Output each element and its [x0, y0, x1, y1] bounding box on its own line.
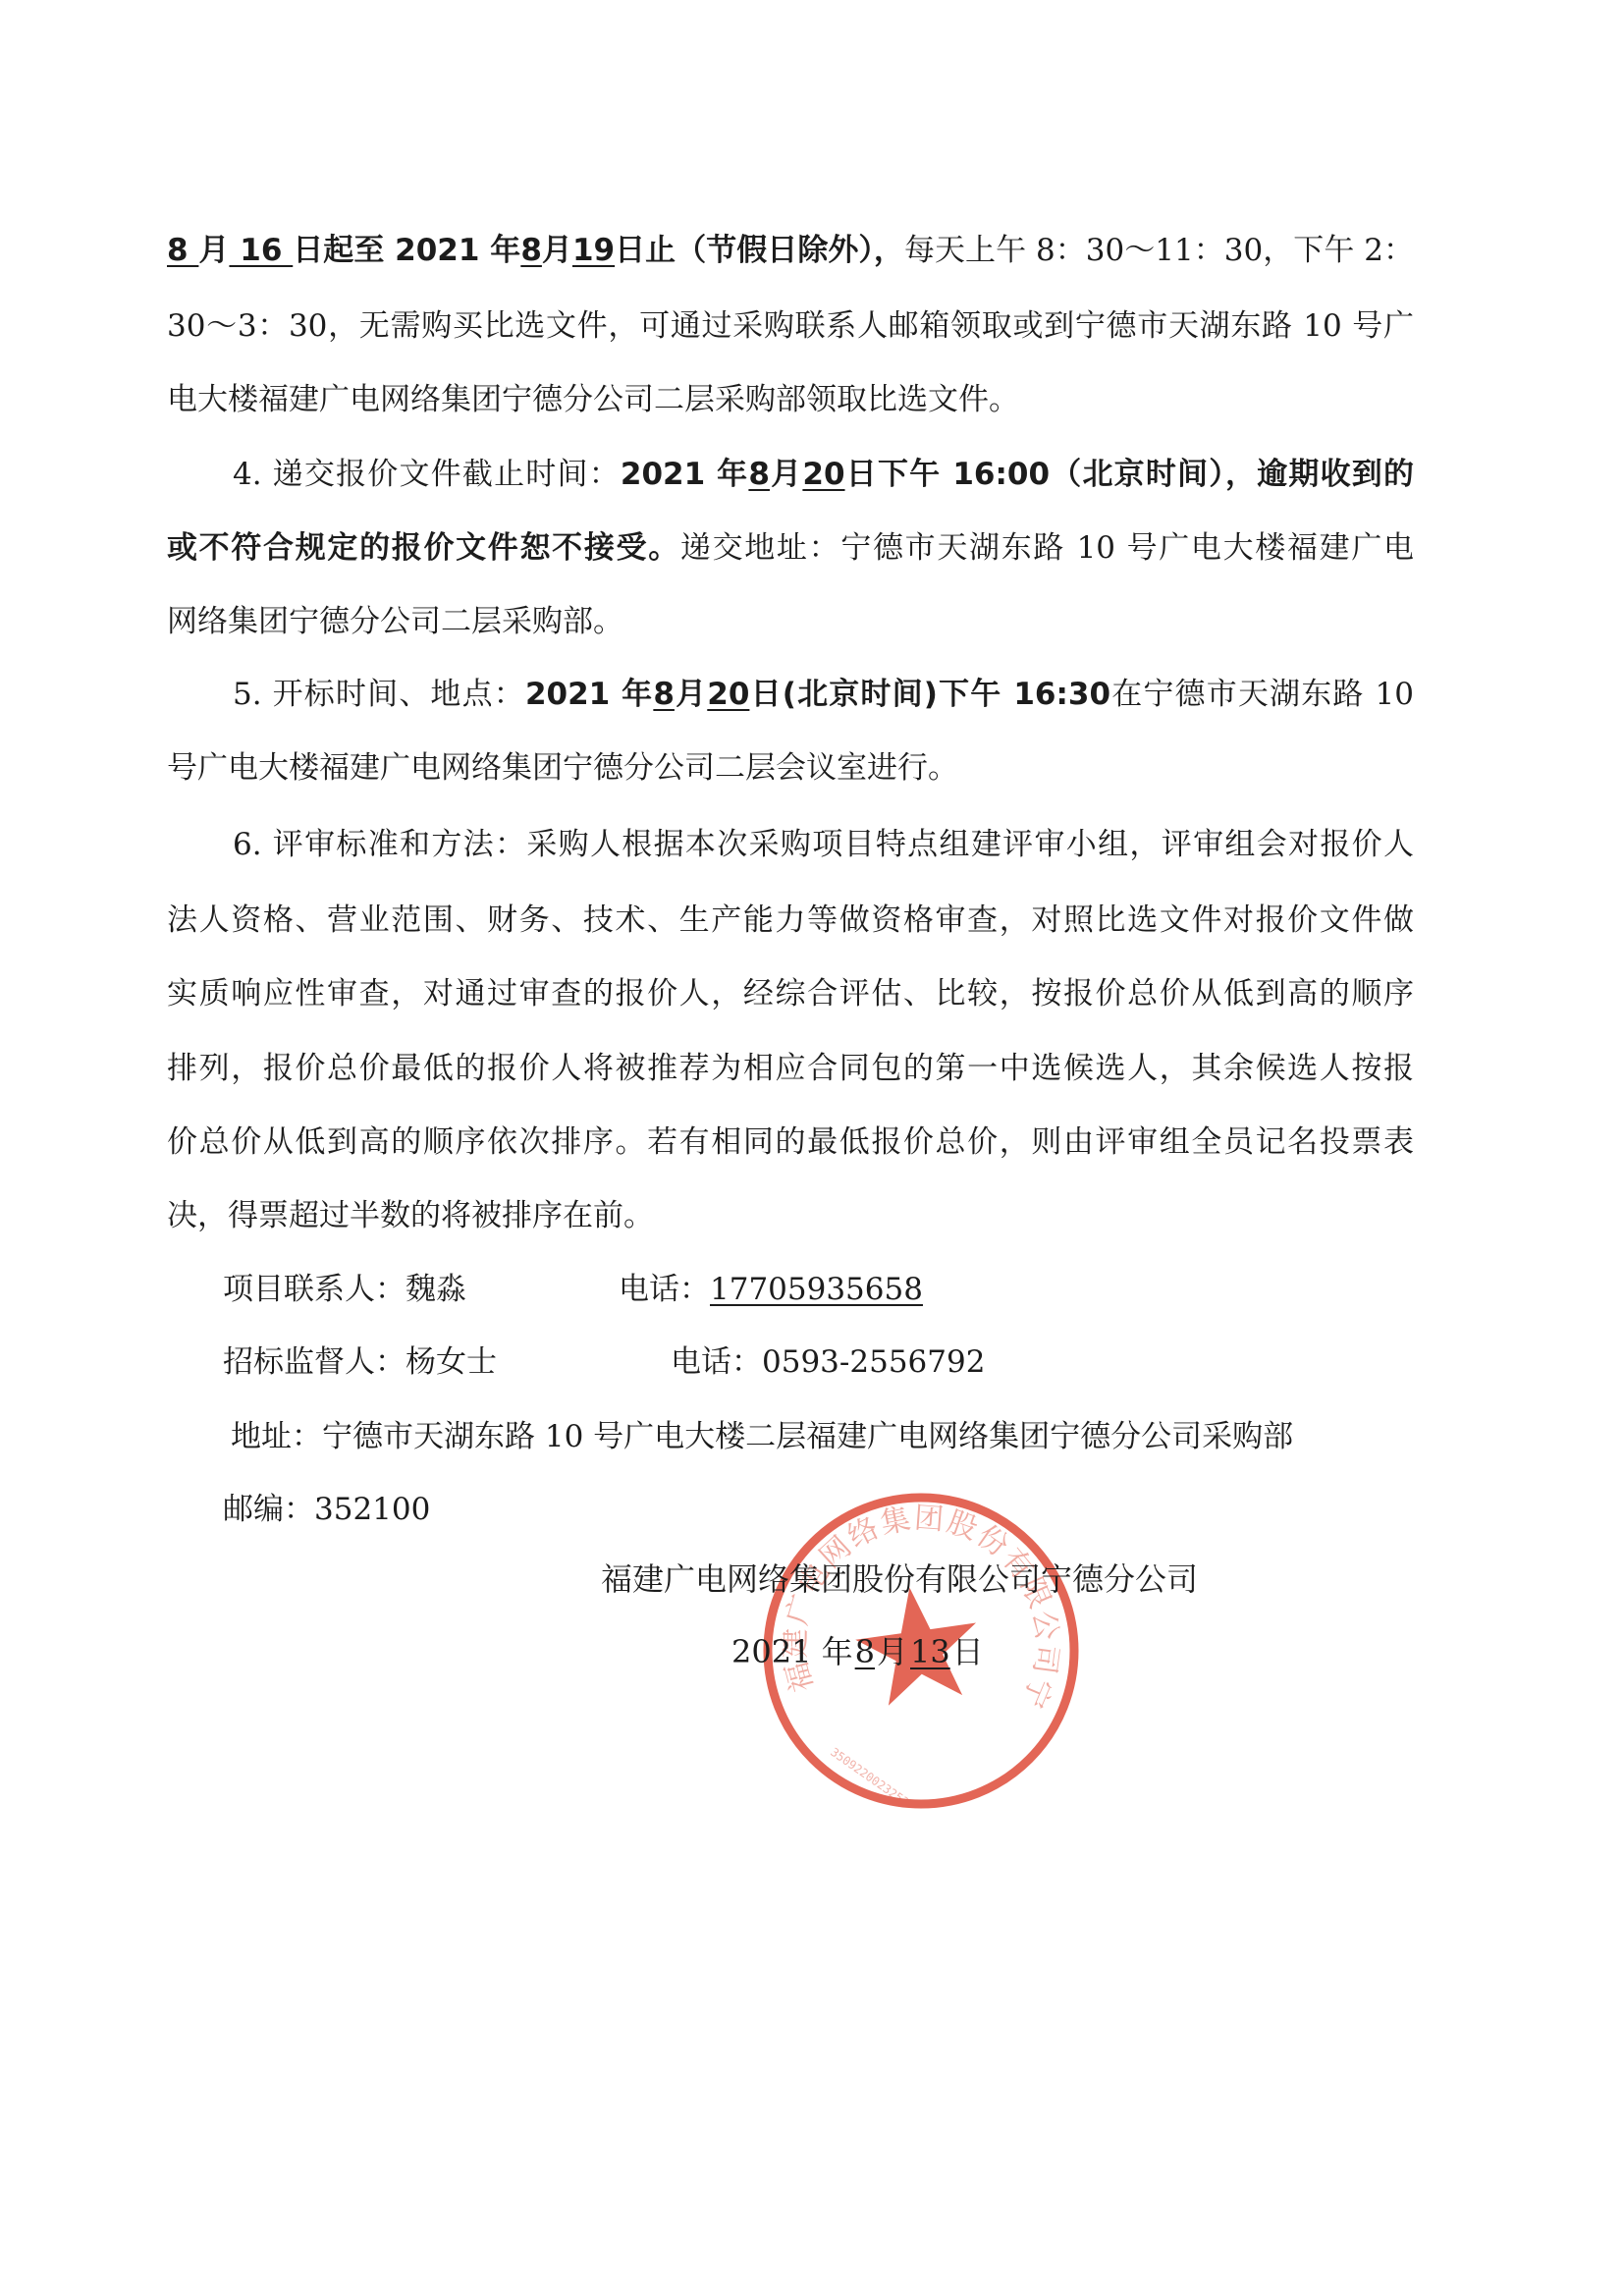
signature-company: 福建广电网络集团股份有限公司宁德分公司 [601, 1558, 1198, 1601]
text: 日下午 16:00（北京时间），逾期收到的 [845, 457, 1414, 492]
project-contact-name: 魏淼 [406, 1272, 466, 1307]
para3-line2: 30～3：30，无需购买比选文件，可通过采购联系人邮箱领取或到宁德市天湖东路 1… [167, 304, 1414, 348]
para6-line5: 价总价从低到高的顺序依次排序。若有相同的最低报价总价，则由评审组全员记名投票表 [167, 1121, 1414, 1164]
para4-line2: 或不符合规定的报价文件恕不接受。递交地址：宁德市天湖东路 10 号广电大楼福建广… [167, 526, 1414, 570]
text: 月 [675, 677, 707, 712]
text: 2021 年 [621, 457, 748, 492]
text: 日 [952, 1633, 984, 1670]
supervisor-phone-number: 0593-2556792 [762, 1344, 985, 1380]
text: 日(北京时间)下午 16:30 [749, 677, 1110, 712]
para5-line2: 号广电大楼福建广电网络集团宁德分公司二层会议室进行。 [167, 746, 1414, 790]
text: 日起至 2021 年 [293, 233, 520, 268]
text: 月 [542, 233, 572, 268]
text: 2021 年 [525, 677, 653, 712]
project-phone: 电话：17705935658 [619, 1268, 923, 1311]
date-day: 13 [908, 1633, 952, 1670]
text: 月 [770, 457, 802, 492]
para6-line2: 法人资格、营业范围、财务、技术、生产能力等做资格审查，对照比选文件对报价文件做 [167, 899, 1414, 942]
deadline-label: 4. 递交报价文件截止时间： [233, 457, 621, 492]
text: 在宁德市天湖东路 10 [1110, 677, 1414, 712]
signature-date: 2021 年8月13日 [731, 1630, 984, 1673]
address-value: 宁德市天湖东路 10 号广电大楼二层福建广电网络集团宁德分公司采购部 [322, 1419, 1293, 1454]
text: 日止（节假日除外）， [615, 233, 904, 268]
para3-line3: 电大楼福建广电网络集团宁德分公司二层采购部领取比选文件。 [167, 378, 1414, 421]
date-blank: 16 [229, 233, 293, 268]
supervisor-phone: 电话：0593-2556792 [671, 1340, 985, 1384]
para4-line3: 网络集团宁德分公司二层采购部。 [167, 600, 1414, 643]
project-phone-number: 17705935658 [710, 1272, 923, 1307]
date-blank: 20 [707, 677, 749, 712]
supervisor-label: 招标监督人： [223, 1344, 406, 1380]
warning-text: 或不符合规定的报价文件恕不接受。 [167, 530, 680, 566]
project-contact-label: 项目联系人： [223, 1272, 406, 1307]
project-contact: 项目联系人：魏淼 [223, 1268, 466, 1311]
text: 每天上午 8：30～11：30，下午 2： [904, 233, 1414, 268]
para3-line1: 8 月 16 日起至 2021 年8月19日止（节假日除外），每天上午 8：30… [167, 229, 1414, 272]
text: 月 [198, 233, 229, 268]
postcode-value: 352100 [314, 1492, 430, 1527]
postcode: 邮编：352100 [223, 1488, 430, 1531]
supervisor-contact: 招标监督人：杨女士 [223, 1340, 497, 1384]
date-blank: 8 [167, 233, 198, 268]
date-blank: 8 [748, 457, 770, 492]
phone-label: 电话： [619, 1272, 710, 1307]
para6-line3: 实质响应性审查，对通过审查的报价人，经综合评估、比较，按报价总价从低到高的顺序 [167, 972, 1414, 1015]
date-year: 2021 年 [731, 1633, 853, 1670]
para5-line1: 5. 开标时间、地点：2021 年8月20日(北京时间)下午 16:30在宁德市… [233, 673, 1414, 716]
document-page: 8 月 16 日起至 2021 年8月19日止（节假日除外），每天上午 8：30… [0, 0, 1623, 2296]
supervisor-name: 杨女士 [406, 1344, 497, 1380]
date-blank: 20 [802, 457, 844, 492]
opening-label: 5. 开标时间、地点： [233, 677, 525, 712]
address: 地址：宁德市天湖东路 10 号广电大楼二层福建广电网络集团宁德分公司采购部 [231, 1415, 1293, 1458]
date-blank: 19 [572, 233, 615, 268]
address-label: 地址： [231, 1419, 322, 1454]
para4-line1: 4. 递交报价文件截止时间：2021 年8月20日下午 16:00（北京时间），… [233, 453, 1414, 496]
text: 月 [877, 1633, 908, 1670]
postcode-label: 邮编： [223, 1492, 314, 1527]
para6-line4: 排列，报价总价最低的报价人将被推荐为相应合同包的第一中选候选人，其余候选人按报 [167, 1047, 1414, 1090]
date-blank: 8 [653, 677, 675, 712]
para6-line1: 6. 评审标准和方法：采购人根据本次采购项目特点组建评审小组，评审组会对报价人 [233, 823, 1414, 866]
text: 递交地址：宁德市天湖东路 10 号广电大楼福建广电 [680, 530, 1414, 566]
para6-line6: 决，得票超过半数的将被排序在前。 [167, 1194, 1414, 1237]
date-blank: 8 [520, 233, 542, 268]
date-month: 8 [853, 1633, 877, 1670]
phone-label: 电话： [671, 1344, 762, 1380]
